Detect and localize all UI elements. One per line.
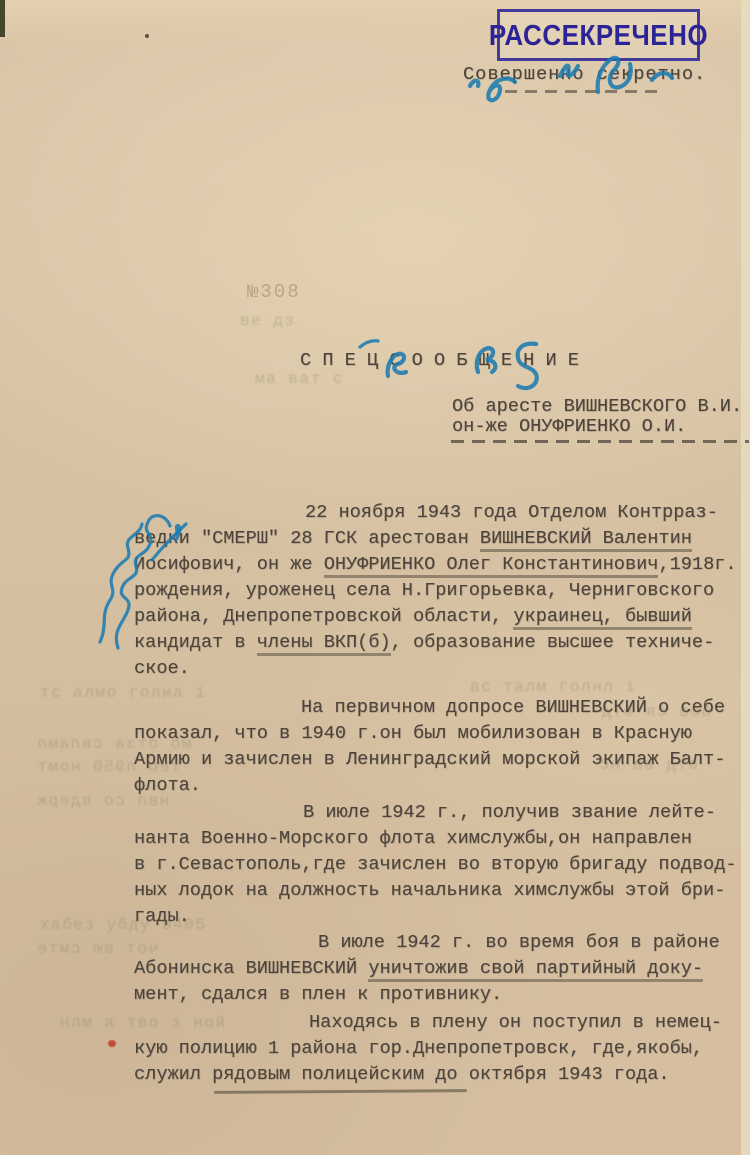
typed-text: В июле 1942 г. во время боя в районе: [318, 932, 720, 953]
document-title: С П Е Ц С О О Б Щ Е Н И Е: [300, 350, 579, 371]
pencil-underline: [214, 1089, 467, 1094]
typed-text: 22 ноября 1943 года Отделом Контрраз-: [305, 502, 718, 523]
pencil-underlined-text: украинец, бывший: [513, 606, 692, 630]
bleed-through-text: нлм а тво з ной: [60, 1014, 227, 1032]
typed-line: Иосифович, он же ОНУФРИЕНКО Олег Констан…: [134, 552, 750, 578]
typed-line: района, Днепропетровской области, украин…: [134, 604, 750, 630]
typed-line: показал, что в 1940 г.он был мобилизован…: [134, 721, 750, 747]
bleed-through-text: отд ва нс: [598, 756, 698, 774]
bleed-through-text: тє алмо голиа і: [40, 684, 207, 702]
typed-line: кую полицию 1 района гор.Днепропетровск,…: [134, 1036, 750, 1062]
typed-line: Абонинска ВИШНЕВСКИЙ уничтожив свой парт…: [134, 956, 750, 982]
paragraph: В июле 1942 г., получив звание лейте-нан…: [134, 800, 750, 930]
subject-dash-underline: [451, 440, 749, 443]
typed-text: нанта Военно-Морского флота химслужбы,он…: [134, 828, 692, 849]
subject-line-1: Об аресте ВИШНЕВСКОГО В.И.: [452, 396, 742, 417]
typed-line: кандидат в члены ВКП(б), образование выс…: [134, 630, 750, 656]
bleed-through-text: чот вю смте: [36, 940, 158, 958]
typed-text: В июле 1942 г., получив звание лейте-: [303, 802, 716, 823]
bleed-through-text: тео л950 номт: [36, 758, 180, 776]
bleed-through-text: бев ся отд: [600, 703, 711, 721]
typed-text: показал, что в 1940 г.он был мобилизован…: [134, 723, 692, 744]
typed-text: ,1918г.: [658, 554, 736, 575]
stamp-label: РАССЕКРЕЧЕНО: [489, 18, 708, 52]
typed-text: ское.: [134, 658, 190, 679]
bleed-through-text: нвл со вдерж: [36, 792, 169, 810]
pencil-underlined-text: уничтожив свой партийный доку-: [368, 958, 703, 982]
typed-line: в г.Севастополь,где зачислен во вторую б…: [134, 852, 750, 878]
typed-text: в г.Севастополь,где зачислен во вторую б…: [134, 854, 737, 875]
typed-text: рождения, уроженец села Н.Григорьевка, Ч…: [134, 580, 714, 601]
typed-text: Абонинска ВИШНЕВСКИЙ: [134, 958, 368, 979]
bleed-through-text: хабез убду в405: [40, 916, 207, 934]
typed-line: флота.: [134, 773, 750, 799]
typed-text: кую полицию 1 района гор.Днепропетровск,…: [134, 1038, 703, 1059]
typed-line: гады.: [134, 904, 750, 930]
document-body: 22 ноября 1943 года Отделом Контрраз-вед…: [134, 500, 750, 1088]
scanned-document-page: РАССЕКРЕЧЕНО Совершенно секретно. №308 С…: [0, 0, 750, 1155]
typed-line: рождения, уроженец села Н.Григорьевка, Ч…: [134, 578, 750, 604]
faint-document-number: №308: [247, 281, 301, 303]
scan-corner-artifact: [0, 0, 5, 37]
typed-line: ское.: [134, 656, 750, 682]
classification-dash-underline: [505, 90, 657, 93]
bleed-through-text: вс талм голнл і: [470, 678, 637, 696]
typed-line: мент, сдался в плен к противнику.: [134, 982, 750, 1008]
typed-text: кандидат в: [134, 632, 257, 653]
pencil-underlined-text: члены ВКП(б): [257, 632, 391, 656]
bleed-through-text: ве дз: [240, 312, 296, 330]
subject-block: Об аресте ВИШНЕВСКОГО В.И. он-же ОНУФРИЕ…: [452, 397, 742, 437]
typed-text: ных лодок на должность начальника химслу…: [134, 880, 725, 901]
declassified-stamp: РАССЕКРЕЧЕНО: [497, 9, 700, 61]
paragraph: 22 ноября 1943 года Отделом Контрраз-вед…: [134, 500, 750, 682]
typed-line: ведки "СМЕРШ" 28 ГСК арестован ВИШНЕВСКИ…: [134, 526, 750, 552]
paragraph: В июле 1942 г. во время боя в районеАбон…: [134, 930, 750, 1008]
paper-speck: [145, 34, 149, 38]
typed-text: района, Днепропетровской области,: [134, 606, 513, 627]
red-dot-mark: [108, 1040, 116, 1047]
typed-text: Находясь в плену он поступил в немец-: [309, 1012, 722, 1033]
typed-text: мент, сдался в плен к противнику.: [134, 984, 502, 1005]
subject-line-2: он-же ОНУФРИЕНКО О.И.: [452, 416, 686, 437]
bleed-through-text: мо отза свламл: [36, 735, 191, 753]
typed-text: Иосифович, он же: [134, 554, 324, 575]
classification-heading: Совершенно секретно.: [463, 64, 706, 85]
typed-line: нанта Военно-Морского флота химслужбы,он…: [134, 826, 750, 852]
pencil-underlined-text: ОНУФРИЕНКО Олег Константинович: [324, 554, 659, 578]
typed-line: ных лодок на должность начальника химслу…: [134, 878, 750, 904]
typed-text: , образование высшее техниче-: [391, 632, 715, 653]
typed-line: В июле 1942 г. во время боя в районе: [134, 930, 750, 956]
bleed-through-text: ма ват с: [255, 370, 344, 388]
typed-line: В июле 1942 г., получив звание лейте-: [134, 800, 750, 826]
typed-line: 22 ноября 1943 года Отделом Контрраз-: [134, 500, 750, 526]
typed-text: служил рядовым полицейским до октября 19…: [134, 1064, 670, 1085]
pencil-underlined-text: ВИШНЕВСКИЙ Валентин: [480, 528, 692, 552]
typed-text: ведки "СМЕРШ" 28 ГСК арестован: [134, 528, 480, 549]
typed-line: служил рядовым полицейским до октября 19…: [134, 1062, 750, 1088]
